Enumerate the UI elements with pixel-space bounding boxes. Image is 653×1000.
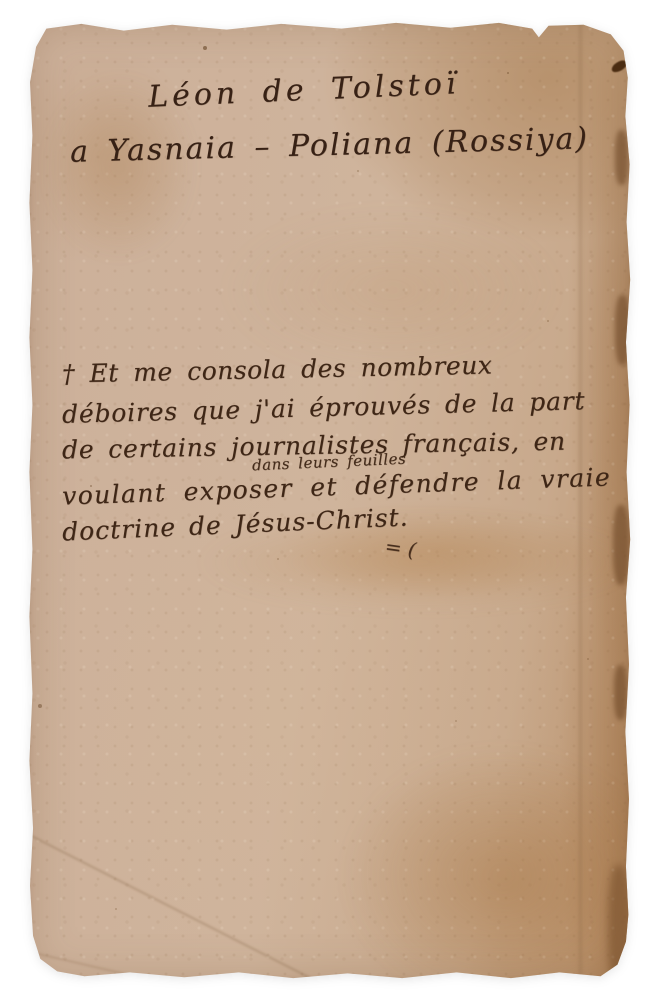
right-edge-streak [608,865,630,990]
vertical-fold-crease [579,20,582,982]
right-edge-streak [615,130,628,185]
paper-sheet: Léon de Tolstoï a Yasnaia – Poliana (Ros… [27,20,632,982]
right-edge-streak [614,665,627,720]
manuscript-page: Léon de Tolstoï a Yasnaia – Poliana (Ros… [27,20,632,982]
right-edge-streak [615,295,630,365]
stain-upper-center [227,210,557,370]
right-edge-streak [613,505,629,585]
flourish-marks: = ( [383,534,417,562]
foxing-speckles [27,20,29,22]
stain-bottom-right [347,750,653,1000]
photo-background: Léon de Tolstoï a Yasnaia – Poliana (Ros… [0,0,653,1000]
